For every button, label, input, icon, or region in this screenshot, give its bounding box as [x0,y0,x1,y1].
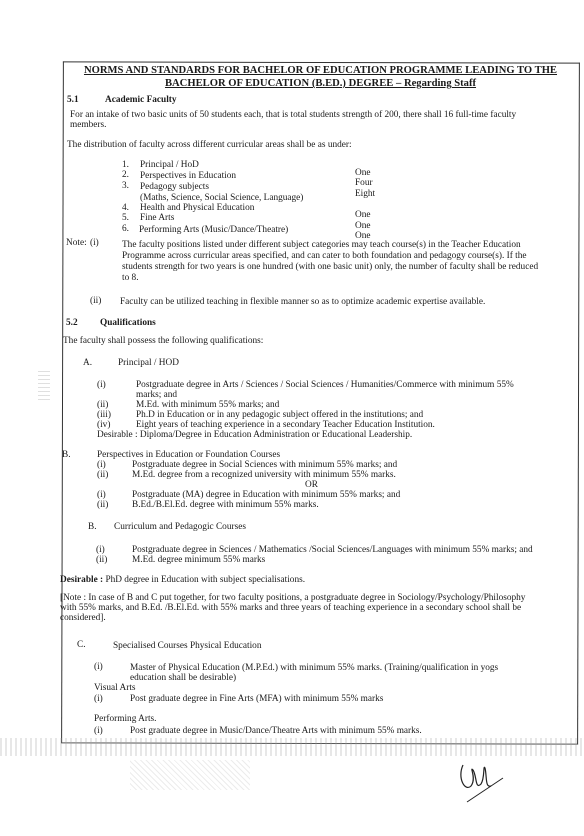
list-number: 6. [122,224,129,235]
list-item: Eight years of teaching experience in a … [136,420,435,431]
faculty-count: One [355,168,371,179]
desirable-label: Desirable : [60,575,103,585]
list-item: Postgraduate degree in Social Sciences w… [132,460,397,471]
scan-noise [130,760,250,790]
list-number: 1. [122,160,129,171]
subsection-heading: Perspectives in Education or Foundation … [97,450,280,461]
list-item: Pedagogy subjects [140,182,209,193]
list-number: (i) [97,380,106,391]
faculty-count: Four [355,178,373,189]
list-item: B.Ed./B.El.Ed. degree with minimum 55% m… [132,500,319,511]
list-item: Perspectives in Education [140,171,236,182]
list-number: (i) [94,694,103,705]
scan-noise [0,738,584,756]
subsection-heading: Specialised Courses Physical Education [113,641,261,652]
subsection-heading: Curriculum and Pedagogic Courses [114,522,246,533]
section-heading: Academic Faculty [105,95,177,106]
list-item-sub: (Maths, Science, Social Science, Languag… [140,193,303,204]
list-item: Principal / HoD [140,160,199,171]
note-text: students strength for two years is one h… [122,262,538,273]
section-heading: Qualifications [100,318,156,329]
document-title-line2: BACHELOR OF EDUCATION (B.ED.) DEGREE – R… [68,77,573,90]
list-number: (ii) [97,470,108,481]
section-number: 5.2 [66,318,78,329]
list-number: (i) [97,460,106,471]
faculty-count: One [355,221,371,232]
list-item: Health and Physical Education [140,203,254,214]
list-item: Postgraduate (MA) degree in Education wi… [132,490,400,501]
list-item-cont: marks; and [136,390,177,401]
list-item: Fine Arts [140,213,174,224]
list-item: M.Ed. with minimum 55% marks; and [136,400,279,411]
list-number: (i) [97,490,106,501]
desirable-text: PhD degree in Education with subject spe… [105,575,305,585]
subheading: Visual Arts [94,683,136,694]
paragraph: members. [70,120,106,131]
list-number: (i) [94,726,103,737]
note-number: (i) [90,238,99,249]
section-number: 5.1 [67,95,79,106]
list-number: (ii) [96,555,107,566]
subsection-letter: B. [62,450,71,461]
note-text: Faculty can be utilized teaching in flex… [120,297,485,308]
note-text: [Note : In case of B and C put together,… [60,593,525,604]
list-number: (i) [94,662,103,673]
subsection-letter: A. [83,358,92,369]
document-title-line1: NORMS AND STANDARDS FOR BACHELOR OF EDUC… [68,64,573,77]
list-number: 4. [122,203,129,214]
scan-mark [38,370,50,400]
list-number: (i) [96,545,105,556]
note-label: Note: [66,238,87,249]
list-number: 3. [122,181,129,192]
note-text: Programme across curricular areas specif… [122,251,527,262]
subsection-heading: Principal / HOD [118,358,179,369]
paragraph: The faculty shall possess the following … [63,336,263,347]
note-text: to 8. [122,273,139,284]
signature [455,760,515,810]
list-item: Post graduate degree in Fine Arts (MFA) … [130,694,383,705]
paragraph: For an intake of two basic units of 50 s… [70,110,516,121]
note-text: considered]. [60,613,106,624]
subheading: Performing Arts. [94,714,157,725]
note-number: (ii) [90,296,101,307]
list-item: Master of Physical Education (M.P.Ed.) w… [130,663,498,674]
list-item: M.Ed. degree minimum 55% marks [132,555,265,566]
list-item: Performing Arts (Music/Dance/Theatre) [139,225,288,236]
list-number: (ii) [97,400,108,411]
list-item: M.Ed. degree from a recognized universit… [132,470,396,481]
list-number: (iv) [97,420,110,431]
subsection-letter: C. [77,640,86,651]
list-item: Postgraduate degree in Arts / Sciences /… [136,380,514,391]
paragraph: The distribution of faculty across diffe… [67,140,352,151]
list-number: 2. [122,170,129,181]
list-number: 5. [122,213,129,224]
or-separator: OR [305,480,318,491]
list-item: Ph.D in Education or in any pedagogic su… [136,410,423,421]
desirable-text: Desirable : Diploma/Degree in Education … [97,430,412,441]
faculty-count: Eight [355,189,375,200]
list-number: (iii) [97,410,111,421]
list-item: Postgraduate degree in Sciences / Mathem… [132,545,533,556]
list-number: (ii) [97,500,108,511]
subsection-letter: B. [88,522,97,533]
list-item: Post graduate degree in Music/Dance/Thea… [130,726,422,737]
note-text: The faculty positions listed under diffe… [122,240,521,251]
note-text: with 55% marks, and B.Ed. /B.El.Ed. with… [60,603,521,614]
list-item-cont: education shall be desirable) [130,673,236,684]
faculty-count: One [355,210,371,221]
